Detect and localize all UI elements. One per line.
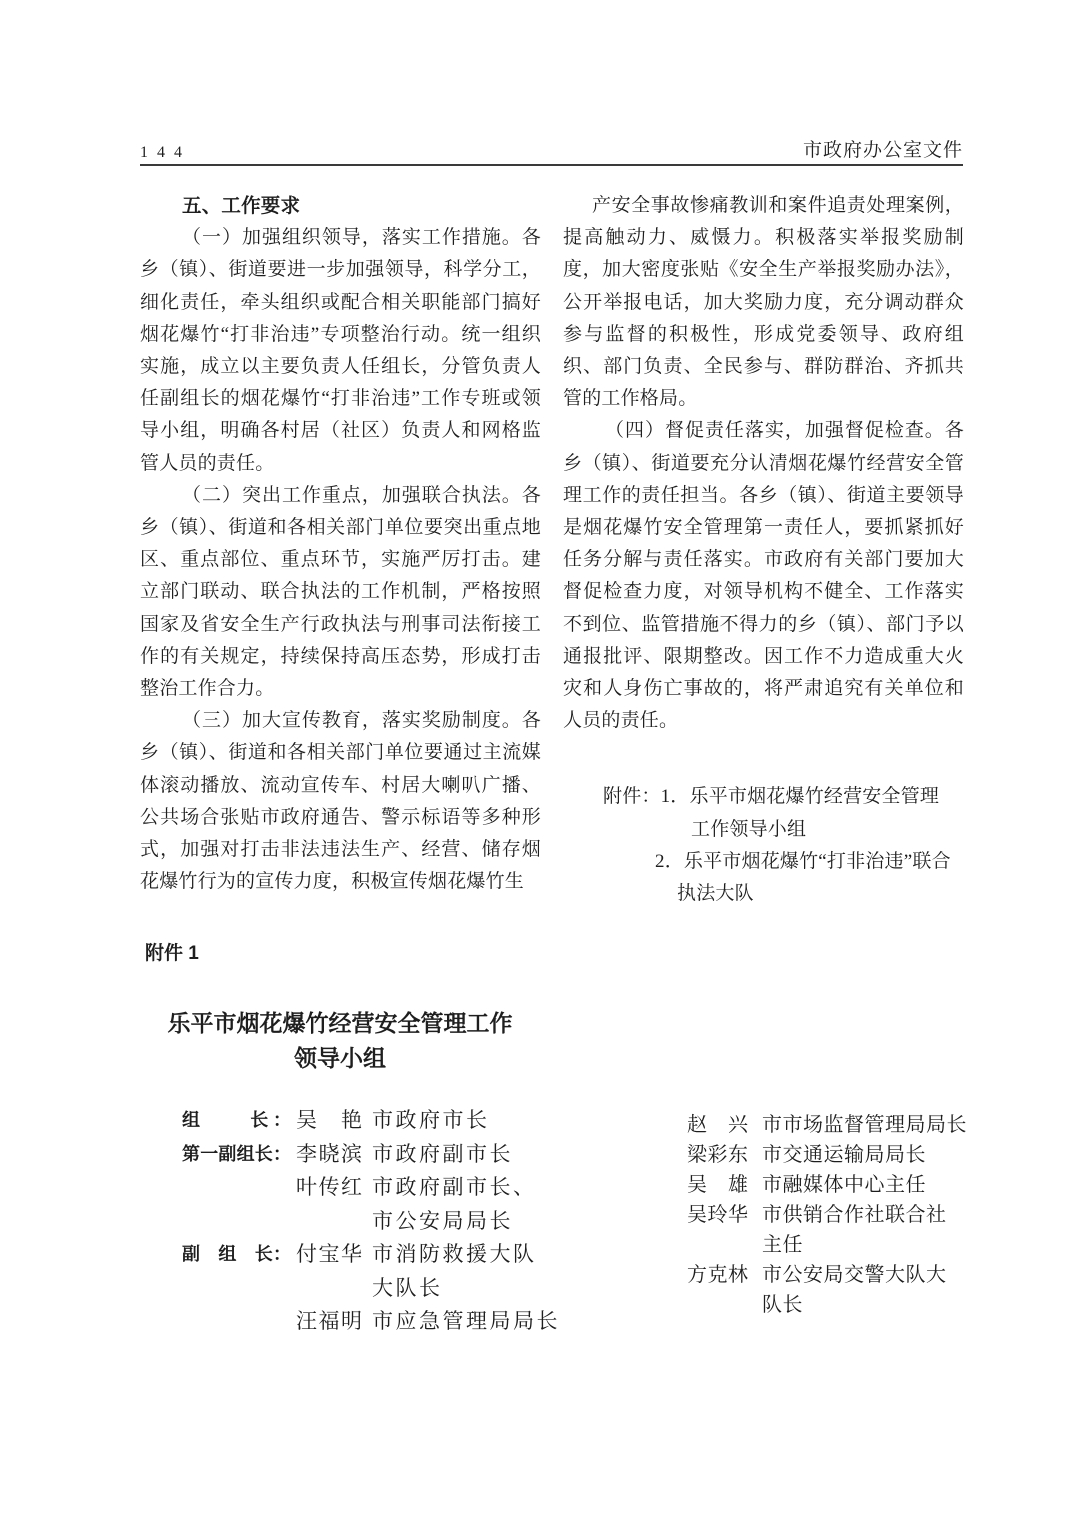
leader-row: 组 长： 吴 艳 市政府市长 (182, 1104, 587, 1138)
leader-row: 赵 兴 市市场监督管理局局长 (687, 1110, 980, 1140)
leader-title-line: 市公安局局长 (372, 1205, 587, 1239)
leader-title: 市政府副市长 (372, 1138, 587, 1172)
leader-title-line: 市融媒体中心主任 (762, 1170, 980, 1200)
attachments-note-line: 工作领导小组 (563, 814, 964, 846)
leader-title: 市应急管理局局长 (372, 1305, 587, 1339)
leader-title: 市政府副市长、 市公安局局长 (372, 1171, 587, 1238)
header-doc-label: 市政府办公室文件 (803, 135, 963, 162)
leader-title-line: 市应急管理局局长 (372, 1305, 587, 1339)
leader-row: 副 组 长： 付宝华 市消防救援大队 大队长 (182, 1238, 587, 1305)
paragraph-2: （二）突出工作重点，加强联合执法。各乡（镇）、街道和各相关部门单位要突出重点地区… (140, 480, 541, 705)
leader-row: 第一副组长： 李晓滨 市政府副市长 (182, 1138, 587, 1172)
leader-title-line: 主任 (762, 1230, 980, 1260)
role-label: 第一副组长： (182, 1138, 291, 1172)
leader-title: 市政府市长 (372, 1104, 587, 1138)
paragraph-4: （四）督促责任落实，加强督促检查。各乡（镇）、街道要充分认清烟花爆竹经营安全管理… (563, 415, 964, 737)
leader-title: 市供销合作社联合社 主任 (762, 1200, 980, 1260)
leader-name: 吴玲华 (687, 1200, 762, 1230)
paragraph-3-continuation: 产安全事故惨痛教训和案件追责处理案例，提高触动力、威慑力。积极落实举报奖励制度，… (563, 190, 964, 415)
leader-title-line: 市公安局交警大队大 (762, 1260, 980, 1290)
leader-row: 叶传红 市政府副市长、 市公安局局长 (182, 1171, 587, 1238)
leader-name: 叶传红 (296, 1171, 372, 1205)
leader-name: 李晓滨 (296, 1138, 372, 1172)
leader-name: 方克林 (687, 1260, 762, 1290)
role-label: 副 组 长： (182, 1238, 291, 1272)
leader-name: 吴 艳 (296, 1104, 372, 1138)
leader-title-line: 市政府副市长 (372, 1138, 587, 1172)
leader-title-line: 市政府副市长、 (372, 1171, 587, 1205)
attachment-1-title: 乐平市烟花爆竹经营安全管理工作 领导小组 (140, 1006, 540, 1076)
leader-row: 梁彩东 市交通运输局局长 (687, 1140, 980, 1170)
leader-title: 市公安局交警大队大 队长 (762, 1260, 980, 1320)
document-page: 144 市政府办公室文件 五、工作要求 （一）加强组织领导，落实工作措施。各乡（… (0, 0, 1074, 1520)
attachments-note: 附件：1．乐平市烟花爆竹经营安全管理 工作领导小组 2．乐平市烟花爆竹“打非治违… (563, 781, 964, 910)
leader-name: 梁彩东 (687, 1140, 762, 1170)
leader-name: 吴 雄 (687, 1170, 762, 1200)
leader-row: 汪福明 市应急管理局局长 (182, 1305, 587, 1339)
page-header: 144 市政府办公室文件 (140, 136, 963, 166)
leader-name: 付宝华 (296, 1238, 372, 1272)
attachment-1-title-line-2: 领导小组 (140, 1041, 540, 1076)
leader-name: 汪福明 (296, 1305, 372, 1339)
role-label: 组 长： (182, 1104, 291, 1138)
leader-row: 吴 雄 市融媒体中心主任 (687, 1170, 980, 1200)
leader-title-line: 市市场监督管理局局长 (762, 1110, 980, 1140)
column-left: 五、工作要求 （一）加强组织领导，落实工作措施。各乡（镇）、街道要进一步加强领导… (140, 190, 541, 910)
attachment-1-label: 附件 1 (145, 938, 199, 965)
leader-title: 市交通运输局局长 (762, 1140, 980, 1170)
leader-title: 市消防救援大队 大队长 (372, 1238, 587, 1305)
text-columns: 五、工作要求 （一）加强组织领导，落实工作措施。各乡（镇）、街道要进一步加强领导… (140, 190, 964, 910)
leader-title-line: 市供销合作社联合社 (762, 1200, 980, 1230)
leader-list-left: 组 长： 吴 艳 市政府市长 第一副组长： 李晓滨 市政府副市长 叶传红 市政府… (182, 1104, 587, 1339)
leader-title-line: 市交通运输局局长 (762, 1140, 980, 1170)
leader-title: 市市场监督管理局局长 (762, 1110, 980, 1140)
attachments-note-line: 2．乐平市烟花爆竹“打非治违”联合 (563, 846, 964, 878)
leader-row: 吴玲华 市供销合作社联合社 主任 (687, 1200, 980, 1260)
leader-title-line: 大队长 (372, 1272, 587, 1306)
paragraph-1: （一）加强组织领导，落实工作措施。各乡（镇）、街道要进一步加强领导，科学分工，细… (140, 222, 541, 480)
leader-title: 市融媒体中心主任 (762, 1170, 980, 1200)
attachments-note-line: 附件：1．乐平市烟花爆竹经营安全管理 (563, 781, 964, 813)
section-heading: 五、工作要求 (140, 190, 541, 222)
leader-list-right: 赵 兴 市市场监督管理局局长 梁彩东 市交通运输局局长 吴 雄 市融媒体中心主任… (687, 1110, 980, 1320)
column-right: 产安全事故惨痛教训和案件追责处理案例，提高触动力、威慑力。积极落实举报奖励制度，… (563, 190, 964, 910)
leader-title-line: 市政府市长 (372, 1104, 587, 1138)
leader-title-line: 队长 (762, 1290, 980, 1320)
leader-name: 赵 兴 (687, 1110, 762, 1140)
attachment-1-title-line-1: 乐平市烟花爆竹经营安全管理工作 (140, 1006, 540, 1041)
attachments-note-line: 执法大队 (563, 878, 964, 910)
page-number: 144 (140, 144, 191, 162)
leader-title-line: 市消防救援大队 (372, 1238, 587, 1272)
leader-row: 方克林 市公安局交警大队大 队长 (687, 1260, 980, 1320)
paragraph-3: （三）加大宣传教育，落实奖励制度。各乡（镇）、街道和各相关部门单位要通过主流媒体… (140, 705, 541, 898)
